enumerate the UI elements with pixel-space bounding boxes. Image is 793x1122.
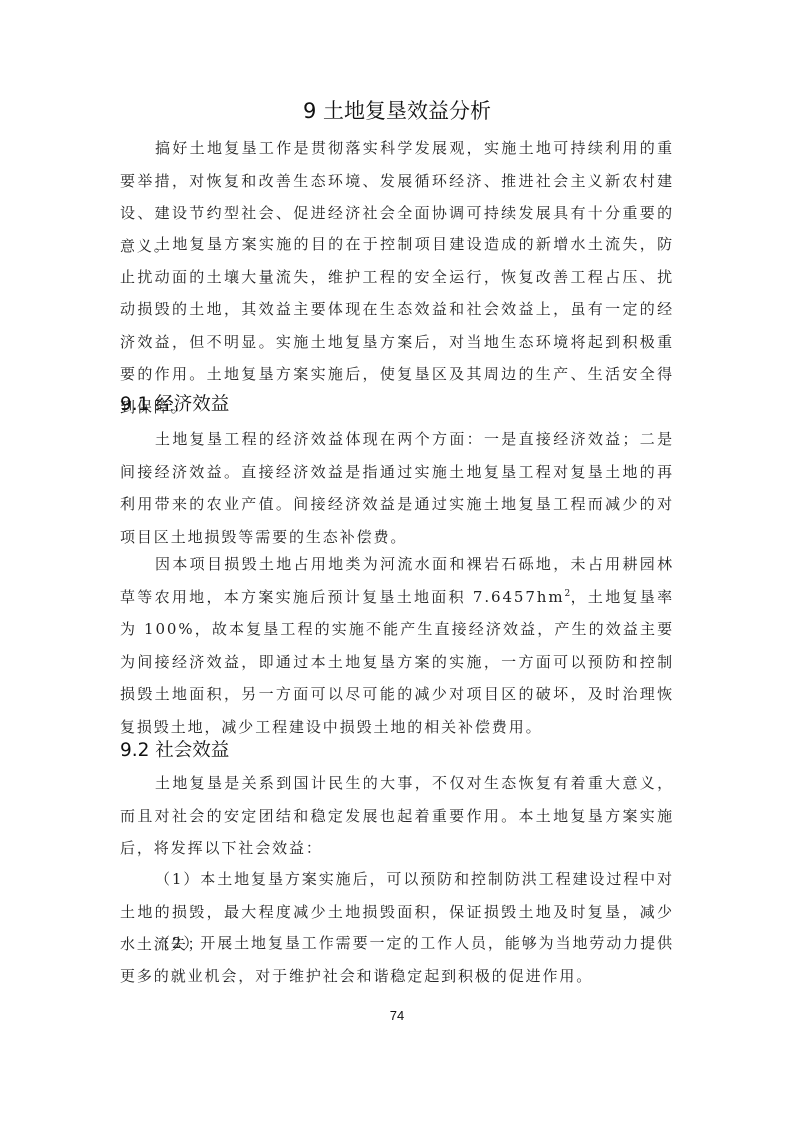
social-paragraph-1: 土地复垦是关系到国计民生的大事，不仅对生态恢复有着重大意义，而且对社会的安定团结…	[120, 767, 674, 865]
chapter-title: 9 土地复垦效益分析	[120, 95, 674, 125]
economic-paragraph-1: 土地复垦工程的经济效益体现在两个方面：一是直接经济效益；二是间接经济效益。直接经…	[120, 423, 674, 553]
page-number: 74	[120, 1008, 674, 1023]
social-list-item-2: （2）开展土地复垦工作需要一定的工作人员，能够为当地劳动力提供更多的就业机会，对…	[120, 927, 674, 992]
economic-paragraph-2: 因本项目损毁土地占用地类为河流水面和裸岩石砾地，未占用耕园林草等农用地，本方案实…	[120, 548, 674, 743]
section-heading-economic: 9.1 经济效益	[120, 390, 229, 416]
section-heading-social: 9.2 社会效益	[120, 736, 229, 762]
economic-paragraph-2-text-b: ，土地复垦率为 100%，故本复垦工程的实施不能产生直接经济效益，产生的效益主要…	[120, 588, 674, 736]
